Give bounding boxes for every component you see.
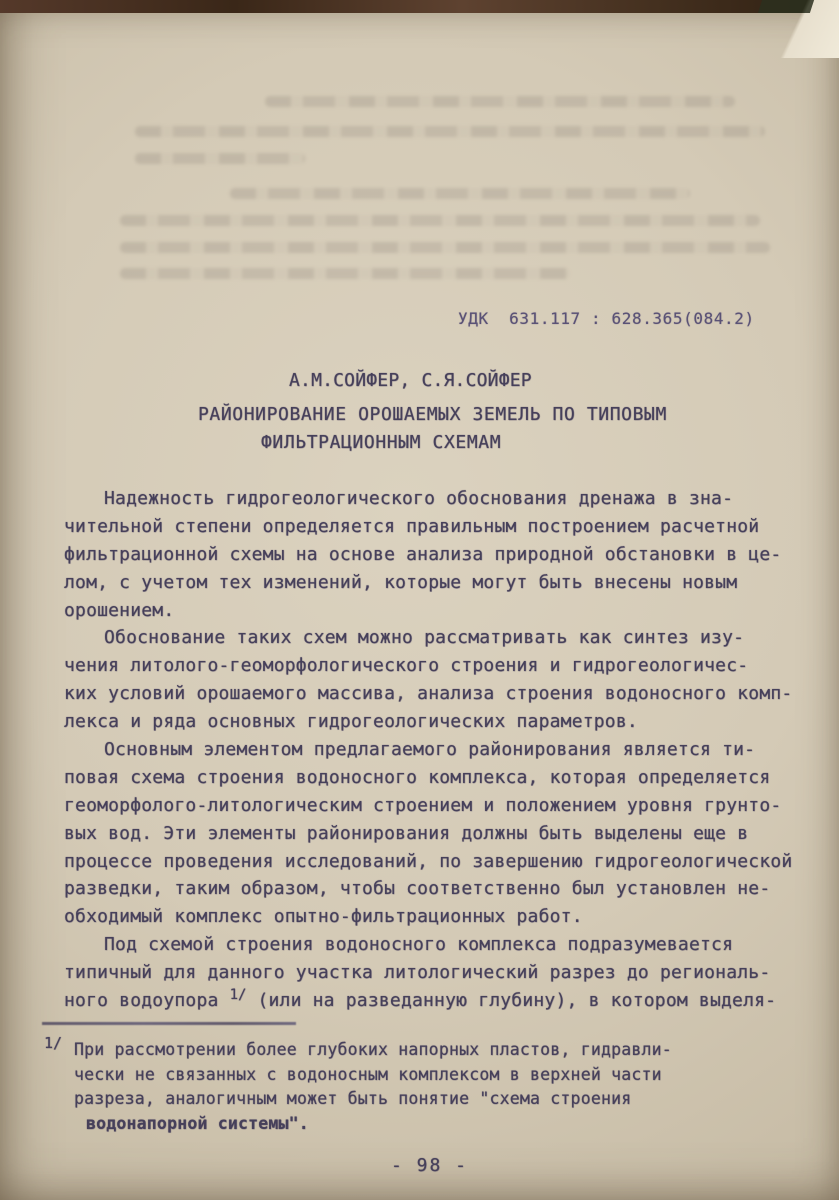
article-title-line2: ФИЛЬТРАЦИОННЫМ СХЕМАМ <box>261 432 501 453</box>
body-line: Основным элементом предлагаемого районир… <box>64 739 804 767</box>
footnote-marker: 1/ <box>44 1034 62 1052</box>
body-line: Под схемой строения водоносного комплекс… <box>64 934 804 962</box>
body-line-post: (или на разведанную глубину), в котором … <box>246 990 776 1011</box>
footnote-line: разреза, аналогичным может быть понятие … <box>74 1089 734 1114</box>
footnote-text: При рассмотрении более глубоких напорных… <box>74 1040 734 1138</box>
footnote-separator-rule <box>42 1022 296 1025</box>
bleed-through-line <box>135 126 765 137</box>
authors-line: А.М.СОЙФЕР, С.Я.СОЙФЕР <box>289 370 532 391</box>
udk-code: УДК 631.117 : 628.365(084.2) <box>458 309 755 328</box>
body-line: Обоснование таких схем можно рассматрива… <box>64 627 804 655</box>
footnote-line: чески не связанных с водоносным комплекс… <box>74 1065 734 1090</box>
body-line: фильтрационной схемы на основе анализа п… <box>64 544 804 572</box>
bleed-through-line <box>120 242 770 253</box>
body-line: орошением. <box>64 600 804 628</box>
footnote-line: При рассмотрении более глубоких напорных… <box>74 1040 734 1065</box>
body-line: обходимый комплекс опытно-фильтрационных… <box>64 906 804 934</box>
bleed-through-line <box>230 188 690 199</box>
bleed-through-line <box>120 268 570 279</box>
footnote-line: водонапорной системы". <box>74 1114 734 1139</box>
bleed-through-line <box>120 215 760 226</box>
body-line: лекса и ряда основных гидрогеологических… <box>64 711 804 739</box>
page-number: - 98 - <box>0 1155 839 1176</box>
scanned-page: УДК 631.117 : 628.365(084.2) А.М.СОЙФЕР,… <box>0 0 839 1200</box>
body-line: типичный для данного участка литологичес… <box>64 962 804 990</box>
body-text: Надежность гидрогеологического обоснован… <box>64 488 804 1018</box>
body-line: лом, с учетом тех изменений, которые мог… <box>64 572 804 600</box>
body-line: чительной степени определяется правильны… <box>64 516 804 544</box>
body-line: ких условий орошаемого массива, анализа … <box>64 683 804 711</box>
body-line-with-footnote-ref: ного водоупора 1/ (или на разведанную гл… <box>64 990 804 1018</box>
page-corner-shadow <box>758 0 814 13</box>
body-line: разведки, таким образом, чтобы соответст… <box>64 878 804 906</box>
body-line: процессе проведения исследований, по зав… <box>64 851 804 879</box>
body-line: вых вод. Эти элементы районирования долж… <box>64 823 804 851</box>
bleed-through-line <box>265 96 735 107</box>
body-line: Надежность гидрогеологического обоснован… <box>64 488 804 516</box>
bleed-through-line <box>135 153 305 164</box>
body-line: повая схема строения водоносного комплек… <box>64 767 804 795</box>
book-edge-strip <box>0 0 839 13</box>
body-line: геоморфолого-литологическим строением и … <box>64 795 804 823</box>
footnote-reference-marker: 1/ <box>230 987 247 1003</box>
body-line: чения литолого-геоморфологического строе… <box>64 655 804 683</box>
body-line-pre: ного водоупора <box>64 990 230 1011</box>
article-title-line1: РАЙОНИРОВАНИЕ ОРОШАЕМЫХ ЗЕМЕЛЬ ПО ТИПОВЫ… <box>198 404 667 425</box>
